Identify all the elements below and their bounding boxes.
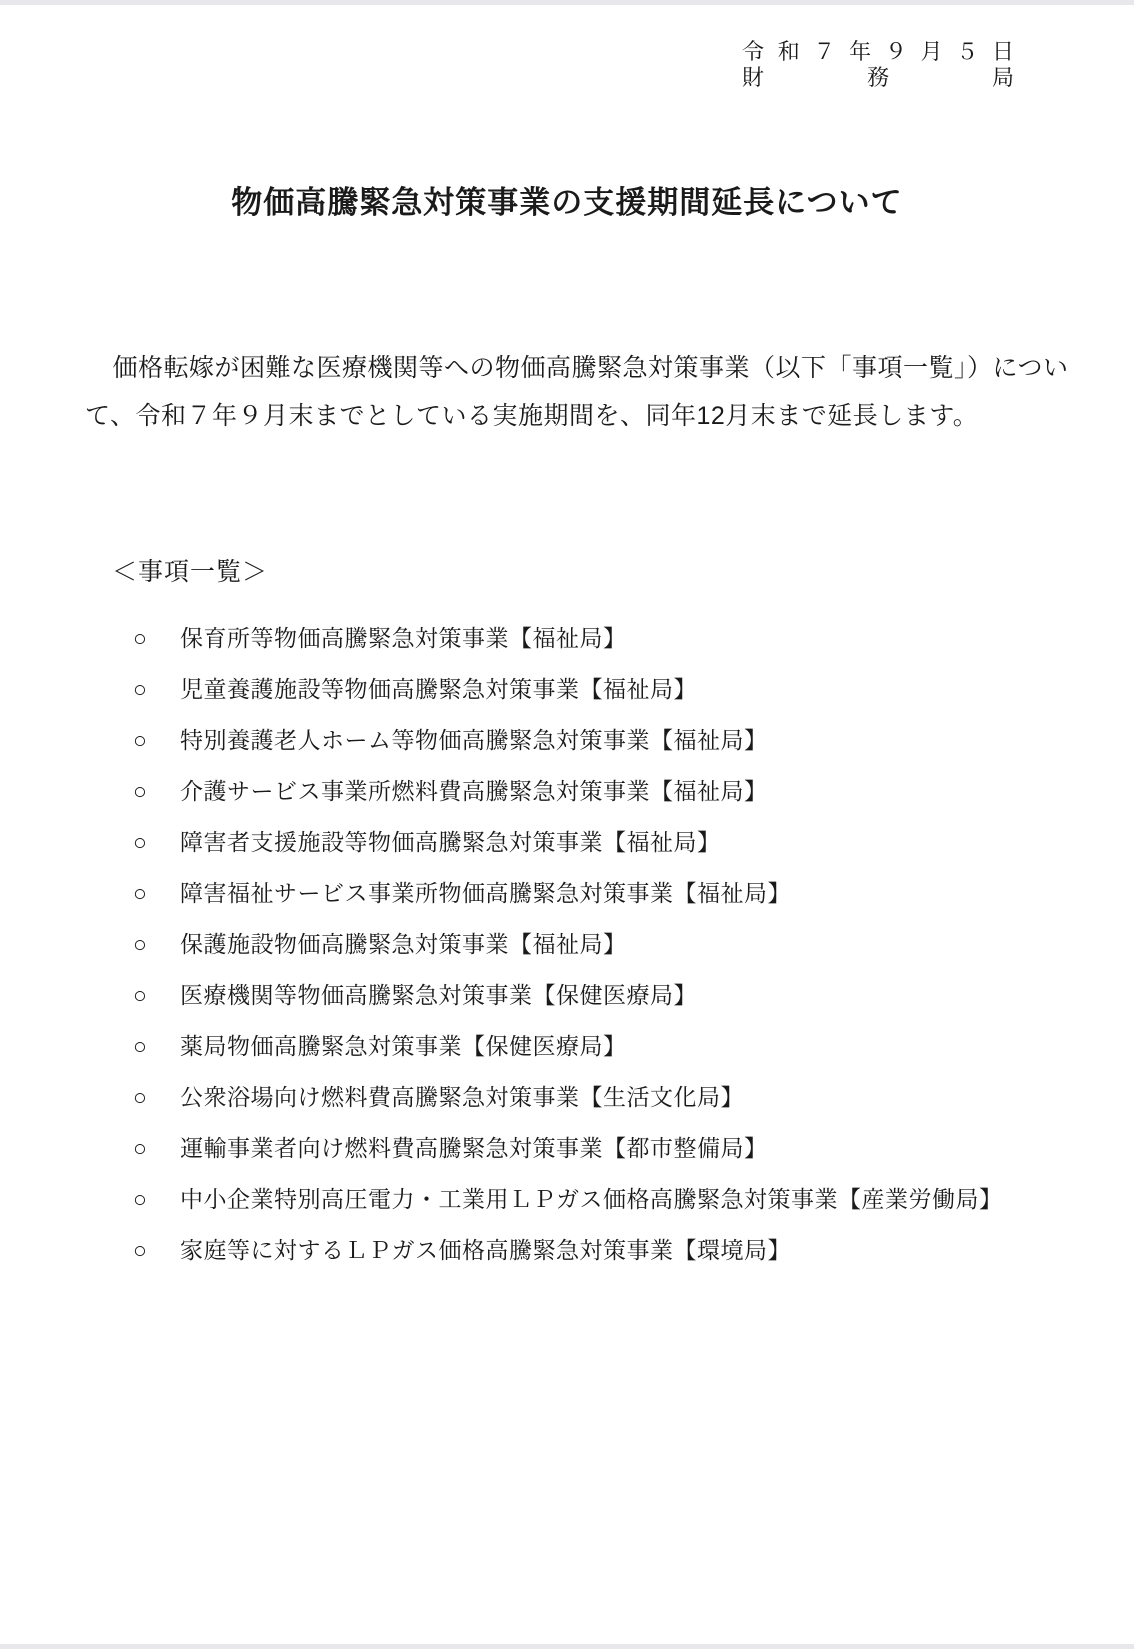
circle-bullet: ○ [133, 624, 180, 653]
section-heading: ＜事項一覧＞ [112, 552, 1134, 588]
list-item: ○ 保育所等物価高騰緊急対策事業【福祉局】 [133, 624, 1134, 653]
list-item-text: 保護施設物価高騰緊急対策事業【福祉局】 [180, 930, 627, 959]
circle-bullet: ○ [133, 1083, 180, 1112]
circle-bullet: ○ [133, 1185, 180, 1214]
list-item: ○ 保護施設物価高騰緊急対策事業【福祉局】 [133, 930, 1134, 959]
document-department: 財務局 [742, 65, 1014, 91]
list-item-text: 保育所等物価高騰緊急対策事業【福祉局】 [180, 624, 627, 653]
list-item: ○ 特別養護老人ホーム等物価高騰緊急対策事業【福祉局】 [133, 726, 1134, 755]
list-item-text: 障害者支援施設等物価高騰緊急対策事業【福祉局】 [180, 828, 721, 857]
document-page: 令和７年９月５日 財務局 物価高騰緊急対策事業の支援期間延長について 価格転嫁が… [0, 5, 1134, 1644]
project-list: ○ 保育所等物価高騰緊急対策事業【福祉局】 ○ 児童養護施設等物価高騰緊急対策事… [133, 624, 1134, 1265]
document-title: 物価高騰緊急対策事業の支援期間延長について [0, 177, 1134, 222]
circle-bullet: ○ [133, 981, 180, 1010]
circle-bullet: ○ [133, 930, 180, 959]
list-item-text: 運輸事業者向け燃料費高騰緊急対策事業【都市整備局】 [180, 1134, 768, 1163]
list-item-text: 中小企業特別高圧電力・工業用ＬＰガス価格高騰緊急対策事業【産業労働局】 [180, 1185, 1003, 1214]
list-item: ○ 児童養護施設等物価高騰緊急対策事業【福祉局】 [133, 675, 1134, 704]
circle-bullet: ○ [133, 1134, 180, 1163]
list-item: ○ 中小企業特別高圧電力・工業用ＬＰガス価格高騰緊急対策事業【産業労働局】 [133, 1185, 1134, 1214]
list-item: ○ 医療機関等物価高騰緊急対策事業【保健医療局】 [133, 981, 1134, 1010]
list-item: ○ 公衆浴場向け燃料費高騰緊急対策事業【生活文化局】 [133, 1083, 1134, 1112]
body-paragraph: 価格転嫁が困難な医療機関等への物価高騰緊急対策事業（以下「事項一覧」）について、… [85, 344, 1072, 440]
list-item: ○ 障害福祉サービス事業所物価高騰緊急対策事業【福祉局】 [133, 879, 1134, 908]
circle-bullet: ○ [133, 777, 180, 806]
list-item-text: 公衆浴場向け燃料費高騰緊急対策事業【生活文化局】 [180, 1083, 744, 1112]
list-item: ○ 介護サービス事業所燃料費高騰緊急対策事業【福祉局】 [133, 777, 1134, 806]
list-item-text: 医療機関等物価高騰緊急対策事業【保健医療局】 [180, 981, 697, 1010]
list-item-text: 障害福祉サービス事業所物価高騰緊急対策事業【福祉局】 [180, 879, 791, 908]
screenshot-bottom-edge [0, 1644, 1134, 1649]
list-item: ○ 障害者支援施設等物価高騰緊急対策事業【福祉局】 [133, 828, 1134, 857]
list-item-text: 児童養護施設等物価高騰緊急対策事業【福祉局】 [180, 675, 697, 704]
list-item: ○ 運輸事業者向け燃料費高騰緊急対策事業【都市整備局】 [133, 1134, 1134, 1163]
list-item: ○ 薬局物価高騰緊急対策事業【保健医療局】 [133, 1032, 1134, 1061]
circle-bullet: ○ [133, 1236, 180, 1265]
list-item-text: 薬局物価高騰緊急対策事業【保健医療局】 [180, 1032, 627, 1061]
document-date: 令和７年９月５日 [742, 39, 1014, 65]
circle-bullet: ○ [133, 675, 180, 704]
circle-bullet: ○ [133, 879, 180, 908]
document-header: 令和７年９月５日 財務局 [742, 39, 1014, 91]
circle-bullet: ○ [133, 1032, 180, 1061]
list-item-text: 介護サービス事業所燃料費高騰緊急対策事業【福祉局】 [180, 777, 768, 806]
circle-bullet: ○ [133, 828, 180, 857]
circle-bullet: ○ [133, 726, 180, 755]
list-item-text: 家庭等に対するＬＰガス価格高騰緊急対策事業【環境局】 [180, 1236, 791, 1265]
list-item: ○ 家庭等に対するＬＰガス価格高騰緊急対策事業【環境局】 [133, 1236, 1134, 1265]
list-item-text: 特別養護老人ホーム等物価高騰緊急対策事業【福祉局】 [180, 726, 768, 755]
